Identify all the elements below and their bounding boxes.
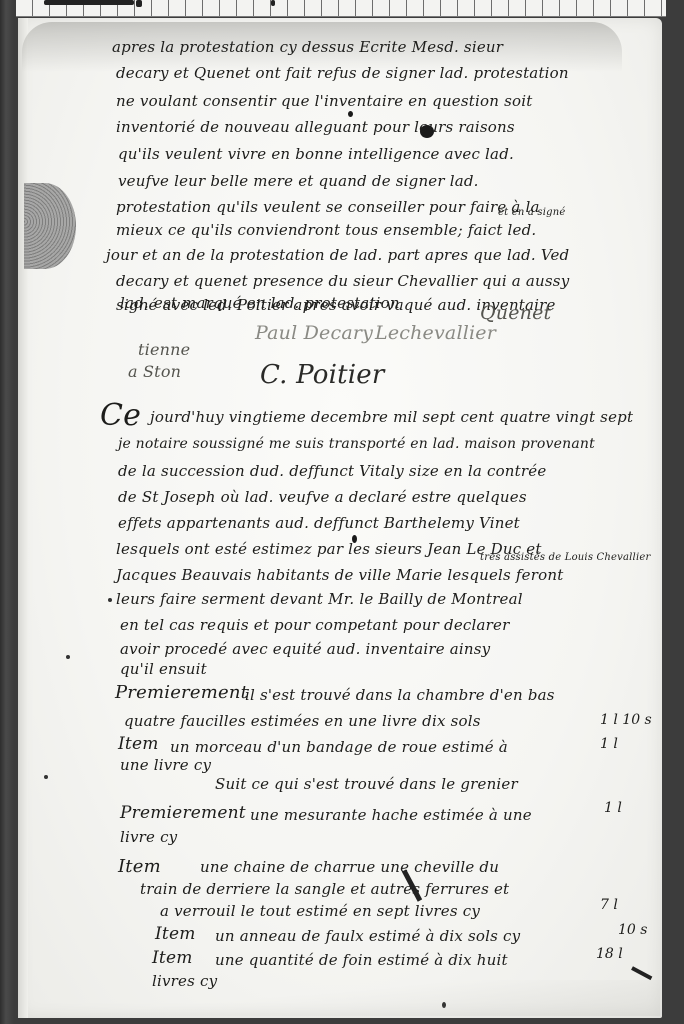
inventory-line-9: en tel cas requis et pour competant pour…	[120, 616, 510, 634]
inventory-line-7: Jacques Beauvais habitants de ville Mari…	[116, 566, 563, 584]
item-2-label: Item	[118, 734, 159, 754]
signature-quenet: Quenet	[480, 302, 551, 324]
granary-item-4-label: Item	[152, 948, 193, 968]
signature-notary: C. Poitier	[260, 360, 384, 390]
margin-dot	[66, 655, 70, 659]
item-2-continuation: une livre cy	[120, 756, 211, 774]
inventory-line-3: de la succession dud. deffunct Vitaly si…	[118, 462, 546, 480]
margin-dot	[108, 598, 112, 602]
granary-item-1-label: Premierement	[120, 803, 246, 823]
protest-line-2: decary et Quenet ont fait refus de signe…	[116, 64, 569, 82]
granary-item-1-continuation: livre cy	[120, 828, 177, 846]
protest-line-10: decary et quenet presence du sieur Cheva…	[116, 272, 569, 290]
interlinear-note: et en a signé	[498, 207, 565, 218]
granary-item-2-amount: 7 l	[600, 897, 618, 913]
granary-item-2-continuation-2: a verrouil le tout estimé en sept livres…	[160, 902, 480, 920]
protest-line-1: apres la protestation cy dessus Ecrite M…	[112, 38, 503, 56]
item-1-continuation: quatre faucilles estimées en une livre d…	[124, 712, 481, 730]
ink-blot	[348, 111, 353, 117]
protest-line-12: lad. est marqué en lad. protestation	[120, 294, 400, 312]
inventory-line-1: jourd'huy vingtieme decembre mil sept ce…	[150, 408, 633, 426]
granary-heading: Suit ce qui s'est trouvé dans le grenier	[215, 775, 518, 793]
ruler-ink-mark	[44, 0, 134, 5]
inventory-line-8: leurs faire serment devant Mr. le Bailly…	[116, 590, 523, 608]
protest-line-3: ne voulant consentir que l'inventaire en…	[116, 92, 532, 110]
signature-chevallier: Lechevallier	[375, 322, 496, 344]
protest-line-7: protestation qu'ils veulent se conseille…	[116, 198, 540, 216]
protest-line-9: jour et an de la protestation de lad. pa…	[106, 246, 569, 264]
margin-note-ston: a Ston	[128, 362, 181, 381]
signature-paul-decary: Paul Decary	[255, 322, 373, 344]
margin-dot	[44, 775, 48, 779]
page-edge	[18, 18, 28, 1018]
granary-item-2-continuation-1: train de derriere la sangle et autres fe…	[140, 880, 509, 898]
inventory-line-4: de St Joseph où lad. veufve a declaré es…	[118, 488, 527, 506]
protest-line-5: qu'ils veulent vivre en bonne intelligen…	[118, 145, 514, 163]
item-2-text: un morceau d'un bandage de roue estimé à	[170, 738, 508, 756]
granary-item-2-label: Item	[118, 856, 161, 877]
inventory-line-2: je notaire soussigné me suis transporté …	[118, 436, 595, 452]
protest-line-6: veufve leur belle mere et quand de signe…	[118, 172, 479, 190]
granary-item-4-amount: 18 l	[596, 946, 623, 962]
granary-item-1-amount: 1 l	[604, 800, 622, 816]
inventory-line-10: avoir procedé avec equité aud. inventair…	[120, 640, 490, 658]
granary-item-3-text: un anneau de faulx estimé à dix sols cy	[215, 927, 520, 945]
granary-item-2-text: une chaine de charrue une cheville du	[200, 858, 499, 876]
item-1-amount: 1 l 10 s	[600, 712, 652, 728]
protest-line-8: mieux ce qu'ils conviendront tous ensemb…	[116, 221, 536, 239]
inventory-line-5: effets appartenants aud. deffunct Barthe…	[118, 514, 520, 532]
granary-item-4-text: une quantité de foin estimé à dix huit	[215, 951, 508, 969]
inventory-line-11: qu'il ensuit	[120, 660, 207, 678]
item-2-amount: 1 l	[600, 736, 618, 752]
granary-item-1-text: une mesurante hache estimée à une	[250, 806, 532, 824]
granary-item-3-amount: 10 s	[618, 922, 647, 938]
page-bottom-edge	[60, 980, 660, 1016]
ruler-ink-mark	[271, 0, 275, 6]
item-1-label: Premierement	[115, 682, 248, 703]
inventory-line-6: lesquels ont esté estimez par les sieurs…	[116, 540, 542, 558]
margin-note-tienne: tienne	[138, 340, 190, 359]
protest-line-4: inventorié de nouveau alleguant pour leu…	[116, 118, 515, 136]
ruler-ink-mark	[136, 0, 142, 7]
inventory-interlinear-note: tres assistés de Louis Chevallier	[480, 552, 650, 563]
granary-item-3-label: Item	[155, 924, 196, 944]
scale-ruler	[16, 0, 666, 17]
opening-initial: Ce	[100, 398, 141, 433]
item-1-text: il s'est trouvé dans la chambre d'en bas	[245, 686, 555, 704]
